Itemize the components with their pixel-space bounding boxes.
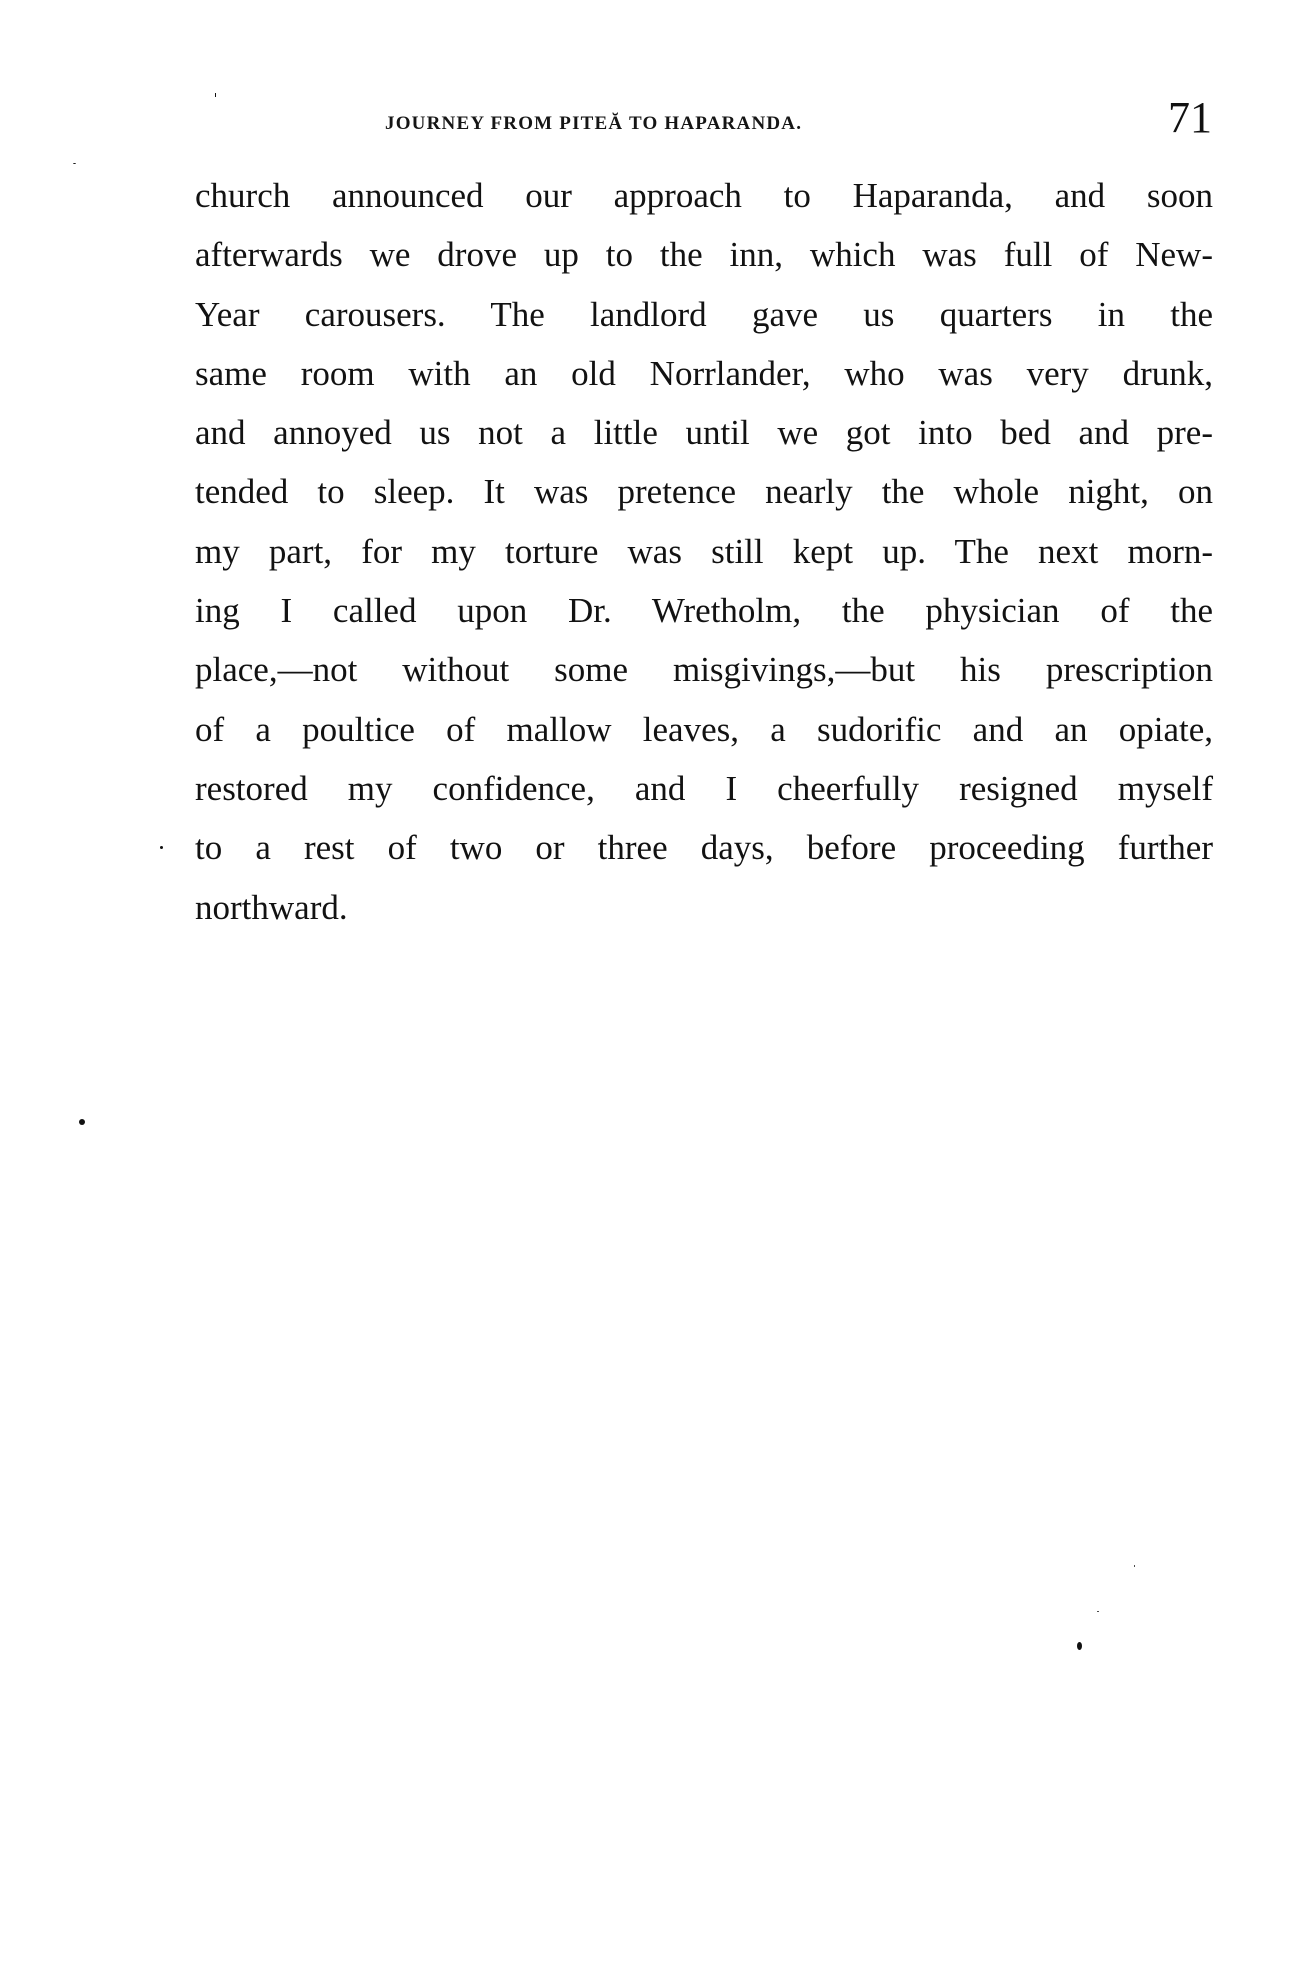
text-line: tended to sleep. It was pretence nearly … [195,462,1213,521]
text-line: same room with an old Norrlander, who wa… [195,344,1213,403]
text-line: place,—not without some misgivings,—but … [195,640,1213,699]
text-line: ing I called upon Dr. Wretholm, the phys… [195,581,1213,640]
text-line: Year carousers. The landlord gave us qua… [195,285,1213,344]
text-line: afterwards we drove up to the inn, which… [195,225,1213,284]
scan-speck [79,1119,85,1125]
scan-speck [1097,1611,1099,1612]
text-line: to a rest of two or three days, before p… [195,818,1213,877]
scan-speck [160,846,163,849]
scan-speck [1077,1642,1082,1650]
text-line: church announced our approach to Haparan… [195,166,1213,225]
body-paragraph: church announced our approach to Haparan… [195,166,1213,937]
text-line: and annoyed us not a little until we got… [195,403,1213,462]
running-head-title: JOURNEY FROM PITEĂ TO HAPARANDA. [385,112,802,136]
text-line: my part, for my torture was still kept u… [195,522,1213,581]
scan-speck [1134,1565,1135,1567]
text-line: restored my confidence, and I cheerfully… [195,759,1213,818]
text-line-final: northward. [195,878,1213,937]
scan-speck [73,163,76,164]
book-page: JOURNEY FROM PITEĂ TO HAPARANDA. 71 chur… [0,0,1294,1973]
scan-speck [215,93,216,97]
text-line: of a poultice of mallow leaves, a sudori… [195,700,1213,759]
page-number: 71 [1168,96,1212,140]
